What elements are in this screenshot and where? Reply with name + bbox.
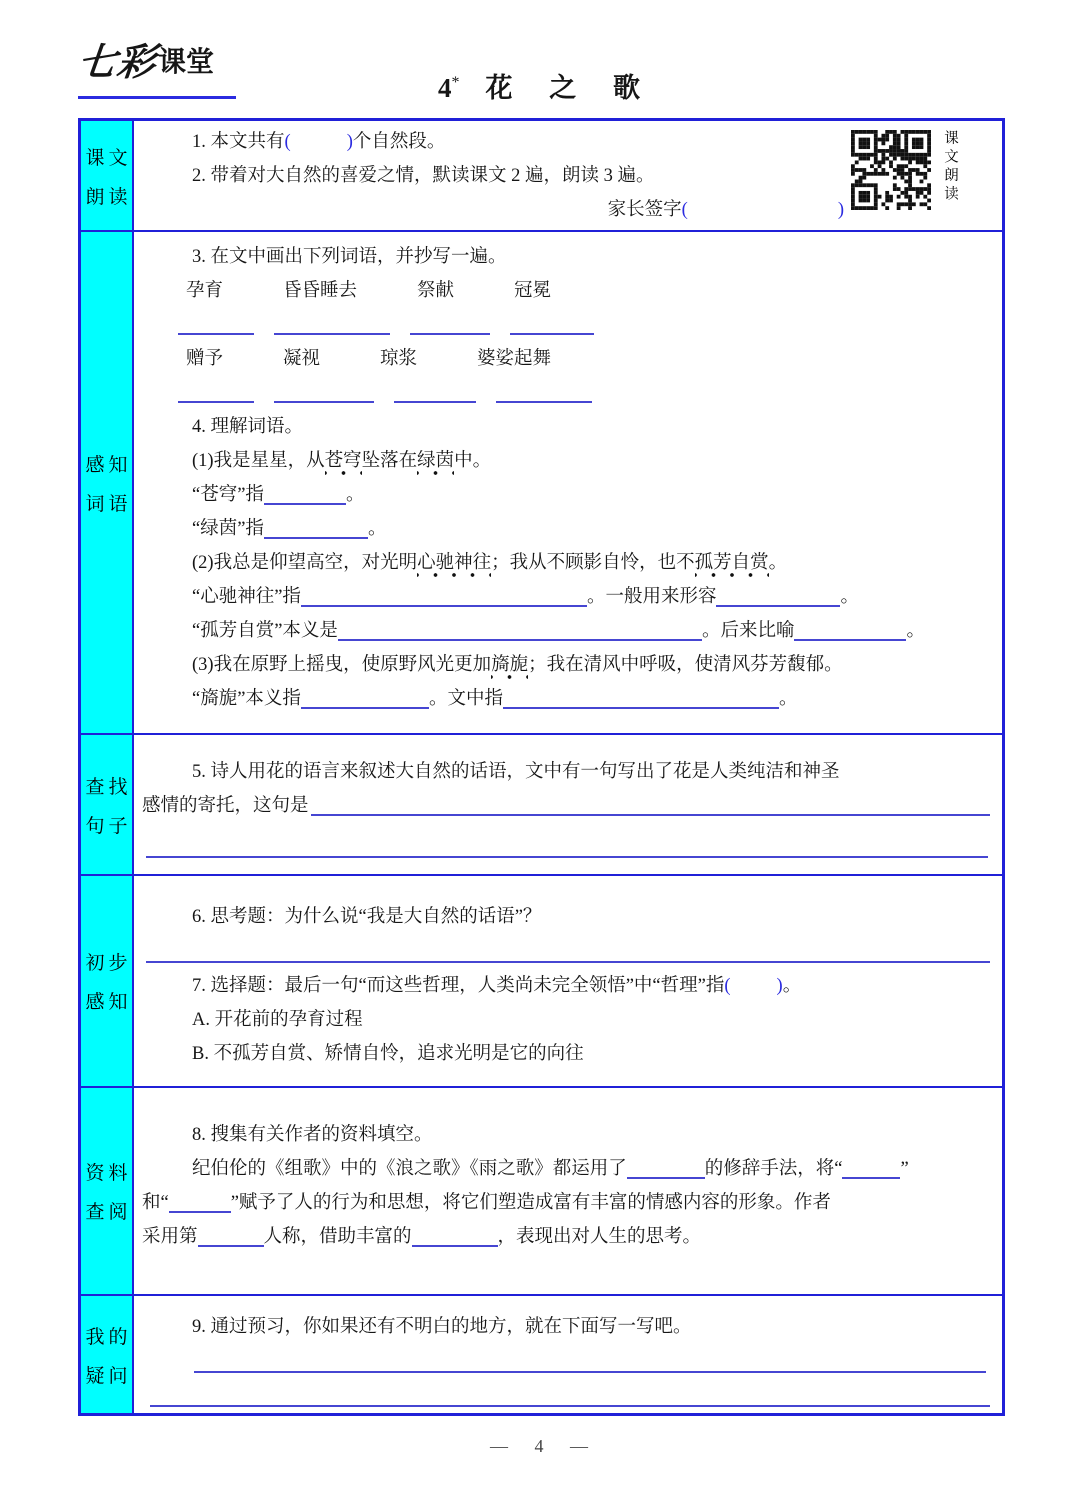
word-item: 凝视 <box>283 342 320 376</box>
sentence-2: (2)我总是仰望高空，对光明心驰神往；我从不顾影自怜，也不孤芳自赏。 <box>142 546 994 580</box>
definition-yini: “旖旎”本义指。文中指。 <box>142 682 994 716</box>
word-item: 赠予 <box>186 342 223 376</box>
lesson-title-text: 花 之 歌 <box>486 73 643 103</box>
question-8-para-line1: 纪伯伦的《组歌》中的《浪之歌》《雨之歌》都运用了的修辞手法，将“” <box>142 1152 994 1186</box>
fill-blank <box>198 1223 264 1247</box>
section-content-word-perception: 3. 在文中画出下列词语，并抄写一遍。 孕育 昏昏睡去 祭献 冠冕 赠予 凝视 … <box>134 232 1002 733</box>
fill-blank <box>338 617 702 641</box>
copy-blank <box>274 333 390 335</box>
fill-blank <box>716 583 840 607</box>
section-label-text-reading: 课文 朗读 <box>81 121 134 230</box>
emphasized-word: 心驰神往 <box>417 553 491 578</box>
answer-line <box>150 1405 990 1407</box>
fill-blank <box>503 685 779 709</box>
question-8: 8. 搜集有关作者的资料填空。 <box>142 1088 994 1152</box>
option-a: A. 开花前的孕育过程 <box>142 1003 994 1037</box>
paren-close: ) <box>838 200 844 220</box>
copy-blank <box>394 401 476 403</box>
paren-open: ( <box>285 132 291 152</box>
sentence-1: (1)我是星星，从苍穹坠落在绿茵中。 <box>142 444 994 478</box>
section-label-line: 句子 <box>85 811 131 838</box>
copy-blank <box>496 401 592 403</box>
paren-open: ( <box>724 976 730 996</box>
word-list-row-1: 孕育 昏昏睡去 祭献 冠冕 <box>142 274 994 308</box>
word-item: 琼浆 <box>380 342 417 376</box>
emphasized-word: 绿茵 <box>417 451 454 476</box>
question-8-para-line2: 和“”赋予了人的行为和思想，将它们塑造成富有丰富的情感内容的形象。作者 <box>142 1186 994 1220</box>
section-label-line: 课文 <box>85 143 131 170</box>
copy-blank <box>410 333 490 335</box>
worksheet-page: 七彩课堂 4*花 之 歌 课文 朗读 1. 本文共有()个自然段。 2. 带着对… <box>0 0 1080 1509</box>
word-item: 祭献 <box>417 274 454 308</box>
emphasized-word: 旖旎 <box>491 655 528 680</box>
copy-blank <box>178 333 254 335</box>
question-6: 6. 思考题：为什么说“我是大自然的话语”？ <box>142 876 994 934</box>
section-text-reading: 课文 朗读 1. 本文共有()个自然段。 2. 带着对大自然的喜爱之情，默读课文… <box>81 121 1002 230</box>
lesson-title: 4*花 之 歌 <box>0 66 1080 105</box>
question-7: 7. 选择题：最后一句“而这些哲理，人类尚未完全领悟”中“哲理”指()。 <box>142 963 994 1003</box>
section-label-word-perception: 感知 词语 <box>81 232 134 733</box>
question-4: 4. 理解词语。 <box>142 410 994 444</box>
question-9: 9. 通过预习，你如果还有不明白的地方，就在下面写一写吧。 <box>142 1296 994 1344</box>
section-label-line: 我的 <box>85 1322 131 1349</box>
fill-blank <box>264 481 346 505</box>
definition-gufangzishang: “孤芳自赏”本义是。后来比喻。 <box>142 614 994 648</box>
answer-line <box>146 856 988 858</box>
fill-blank <box>264 515 368 539</box>
copy-blank <box>274 401 374 403</box>
fill-blank <box>627 1155 705 1179</box>
question-3: 3. 在文中画出下列词语，并抄写一遍。 <box>142 240 994 274</box>
section-my-questions: 我的 疑问 9. 通过预习，你如果还有不明白的地方，就在下面写一写吧。 <box>81 1294 1002 1413</box>
section-reference-lookup: 资料 查阅 8. 搜集有关作者的资料填空。 纪伯伦的《组歌》中的《浪之歌》《雨之… <box>81 1086 1002 1294</box>
copy-blank <box>178 401 254 403</box>
section-label-line: 初步 <box>85 948 131 975</box>
section-find-sentence: 查找 句子 5. 诗人用花的语言来叙述大自然的话语，文中有一句写出了花是人类纯洁… <box>81 733 1002 874</box>
section-label-line: 感知 <box>85 987 131 1014</box>
section-label-line: 词语 <box>85 489 131 516</box>
sentence-3: (3)我在原野上摇曳，使原野风光更加旖旎；我在清风中呼吸，使清风芬芳馥郁。 <box>142 648 994 682</box>
lesson-number: 4* <box>438 73 460 103</box>
fill-blank <box>412 1223 498 1247</box>
fill-blank <box>842 1155 900 1179</box>
emphasized-word: 苍穹 <box>325 451 362 476</box>
section-content-reference-lookup: 8. 搜集有关作者的资料填空。 纪伯伦的《组歌》中的《浪之歌》《雨之歌》都运用了… <box>134 1088 1002 1294</box>
definition-xinchishenwang: “心驰神往”指。一般用来形容。 <box>142 580 994 614</box>
question-5-line1: 5. 诗人用花的语言来叙述大自然的话语，文中有一句写出了花是人类纯洁和神圣 <box>142 735 994 789</box>
word-item: 昏昏睡去 <box>283 274 357 308</box>
section-label-line: 资料 <box>85 1158 131 1185</box>
section-content-my-questions: 9. 通过预习，你如果还有不明白的地方，就在下面写一写吧。 <box>134 1296 1002 1413</box>
section-label-line: 感知 <box>85 450 131 477</box>
copy-blank-row-1 <box>142 308 994 342</box>
page-number: — 4 — <box>0 1436 1080 1457</box>
fill-blank <box>169 1189 231 1213</box>
definition-cangqiong: “苍穹”指。 <box>142 478 994 512</box>
word-item: 冠冕 <box>514 274 551 308</box>
fill-blank <box>794 617 906 641</box>
section-label-initial-understanding: 初步 感知 <box>81 876 134 1086</box>
section-content-initial-understanding: 6. 思考题：为什么说“我是大自然的话语”？ 7. 选择题：最后一句“而这些哲理… <box>134 876 1002 1086</box>
answer-blank <box>311 789 990 816</box>
qr-block: 课文朗读 <box>851 130 960 210</box>
copy-blank <box>510 333 594 335</box>
section-label-reference-lookup: 资料 查阅 <box>81 1088 134 1294</box>
section-initial-understanding: 初步 感知 6. 思考题：为什么说“我是大自然的话语”？ 7. 选择题：最后一句… <box>81 874 1002 1086</box>
section-label-line: 查找 <box>85 772 131 799</box>
section-label-my-questions: 我的 疑问 <box>81 1296 134 1413</box>
option-b: B. 不孤芳自赏、矫情自怜，追求光明是它的向往 <box>142 1037 994 1071</box>
section-label-line: 朗读 <box>85 182 131 209</box>
question-8-para-line3: 采用第人称，借助丰富的，表现出对人生的思考。 <box>142 1220 994 1254</box>
section-word-perception: 感知 词语 3. 在文中画出下列词语，并抄写一遍。 孕育 昏昏睡去 祭献 冠冕 <box>81 230 1002 733</box>
lesson-star: * <box>452 74 460 91</box>
section-label-line: 疑问 <box>85 1361 131 1388</box>
definition-lvyin: “绿茵”指。 <box>142 512 994 546</box>
fill-blank <box>301 685 429 709</box>
qr-code <box>851 130 931 210</box>
word-item: 婆娑起舞 <box>477 342 551 376</box>
paren-open: ( <box>682 200 688 220</box>
emphasized-word: 孤芳自赏 <box>695 553 769 578</box>
qr-label: 课文朗读 <box>940 130 960 210</box>
section-content-find-sentence: 5. 诗人用花的语言来叙述大自然的话语，文中有一句写出了花是人类纯洁和神圣 感情… <box>134 735 1002 874</box>
word-item: 孕育 <box>186 274 223 308</box>
section-label-find-sentence: 查找 句子 <box>81 735 134 874</box>
question-5-line2: 感情的寄托，这句是 <box>142 789 994 823</box>
answer-line <box>194 1371 986 1373</box>
fill-blank <box>301 583 587 607</box>
copy-blank-row-2 <box>142 376 994 410</box>
section-content-text-reading: 1. 本文共有()个自然段。 2. 带着对大自然的喜爱之情，默读课文 2 遍，朗… <box>134 121 1002 230</box>
worksheet-table: 课文 朗读 1. 本文共有()个自然段。 2. 带着对大自然的喜爱之情，默读课文… <box>78 118 1005 1416</box>
word-list-row-2: 赠予 凝视 琼浆 婆娑起舞 <box>142 342 994 376</box>
section-label-line: 查阅 <box>85 1197 131 1224</box>
